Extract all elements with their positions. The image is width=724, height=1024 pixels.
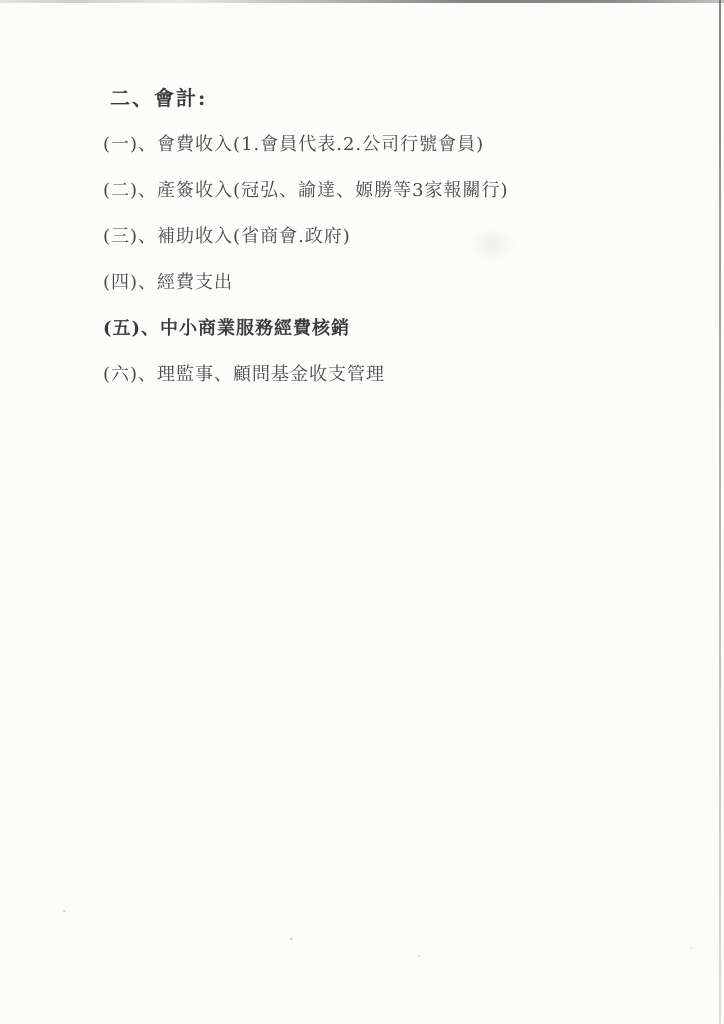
scan-dust-speck [690, 947, 693, 949]
scan-dust-speck [63, 910, 66, 912]
document-content: 二、會計: (一)、會費收入(1.會員代表.2.公司行號會員) (二)、產簽收入… [103, 86, 684, 386]
list-item-5: (五)、中小商業服務經費核銷 [103, 318, 684, 340]
scan-top-edge-shadow [0, 0, 724, 3]
list-item-4: (四)、經費支出 [103, 272, 684, 294]
scanned-page: 二、會計: (一)、會費收入(1.會員代表.2.公司行號會員) (二)、產簽收入… [0, 0, 724, 1024]
list-item-6: (六)、理監事、顧問基金收支管理 [103, 364, 684, 386]
scan-dust-speck [418, 955, 421, 957]
list-item-2: (二)、產簽收入(冠弘、諭達、嫄勝等3家報關行) [103, 180, 684, 202]
list-item-1: (一)、會費收入(1.會員代表.2.公司行號會員) [103, 134, 684, 156]
section-heading: 二、會計: [110, 86, 684, 110]
scan-dust-speck [290, 938, 294, 941]
scan-right-edge-line [719, 0, 721, 1024]
list-item-3: (三)、補助收入(省商會.政府) [103, 226, 684, 248]
